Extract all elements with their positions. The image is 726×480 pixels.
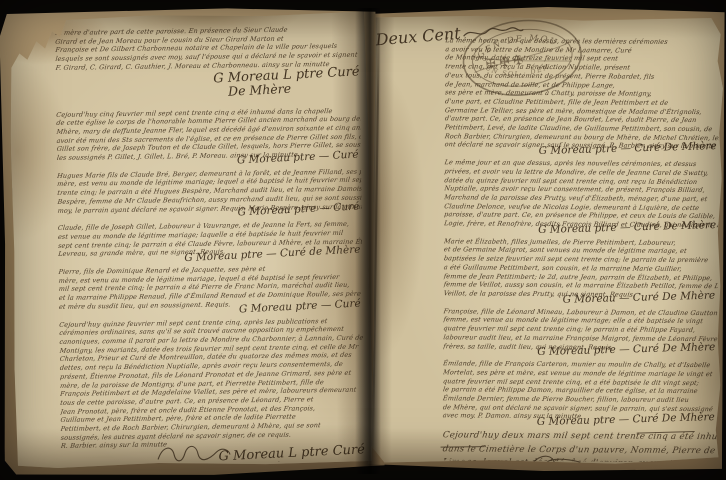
- register-entry: B.Claude, fille de Joseph Gillet, Labour…: [58, 220, 362, 259]
- left-page-text-column: Met mère d'autre part de cette paroisse.…: [55, 25, 365, 465]
- stamp-crosses: ✠ ✠ ✠: [485, 53, 524, 71]
- register-entry: BMarie et Élizabeth, filles jumelles, de…: [444, 237, 718, 300]
- register-entry: BHugues Marie fils de Claude Bré, Berger…: [57, 167, 362, 215]
- register-entry: Met mère d'autre part de cette paroisse.…: [55, 25, 360, 102]
- manuscript-scan: Met mère d'autre part de cette paroisse.…: [0, 0, 726, 480]
- left-page: Met mère d'autre part de cette paroisse.…: [9, 11, 373, 470]
- right-page: Deux Cent MLa même heure et an que dessu…: [370, 14, 723, 466]
- register-entry: BÉmilande, fille de François Carteron, m…: [443, 359, 717, 422]
- register-entry: EntCejourd'huy cinq feuvrier mil sept ce…: [56, 106, 361, 162]
- archive-stamp-icon: GEN·DE·MOU UN SOL · DEN ✠ ✠ ✠: [455, 10, 590, 106]
- register-entry: B.Pierre, fils de Dominique Renard et de…: [58, 264, 363, 312]
- register-entry: MLe même jour et an que dessus, après le…: [444, 158, 718, 230]
- register-entry: BFrançoise, fille de Léonard Mineau, Lab…: [443, 307, 717, 352]
